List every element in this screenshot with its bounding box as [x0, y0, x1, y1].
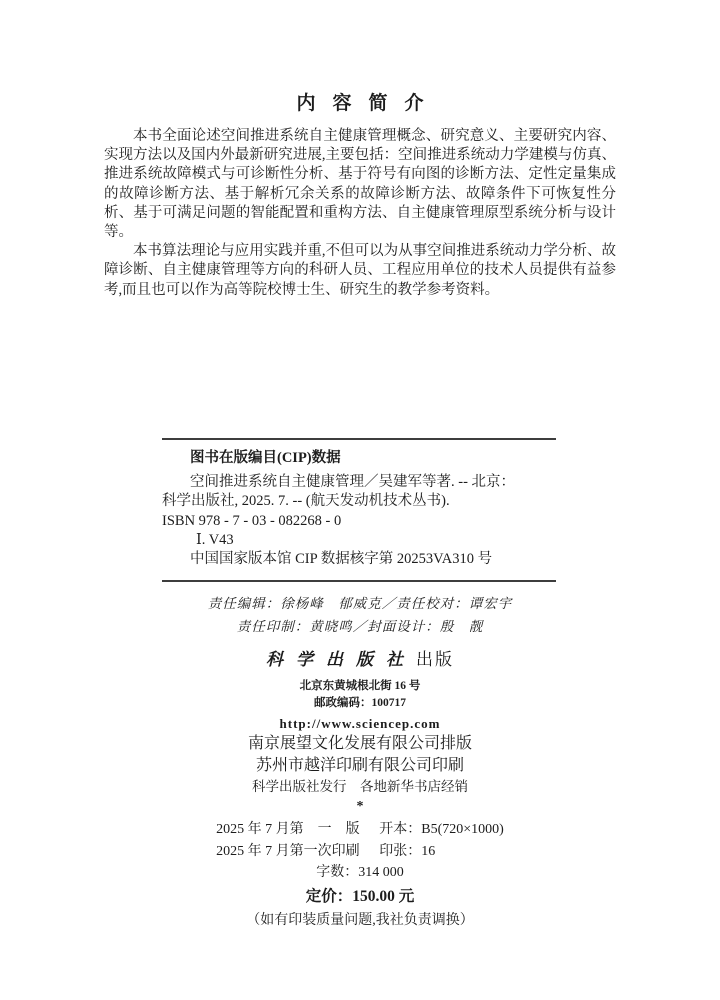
cip-isbn: ISBN 978 - 7 - 03 - 082268 - 0 [162, 512, 556, 531]
publish-label: 出版 [416, 650, 454, 669]
cip-heading: 图书在版编目(CIP)数据 [162, 449, 556, 468]
impression-text: 2025 年 7 月第一次印刷 [216, 844, 360, 859]
edition-text: 2025 年 7 月第 一 版 [216, 822, 360, 837]
colophon: 科学出版社出版 北京东黄城根北街 16 号 邮政编码：100717 http:/… [0, 648, 720, 931]
copyright-page: 内容简介 本书全面论述空间推进系统自主健康管理概念、研究意义、主要研究内容、实现… [0, 0, 720, 1000]
asterisk-divider: * [0, 799, 720, 815]
cip-title-line: 空间推进系统自主健康管理／吴建军等著. -- 北京： [162, 473, 556, 492]
impression-sheets-line: 2025 年 7 月第一次印刷印张：16 [216, 841, 504, 863]
quality-note: （如有印装质量问题,我社负责调换） [0, 911, 720, 931]
summary-paragraph: 本书算法理论与应用实践并重,不但可以为从事空间推进系统动力学分析、故障诊断、自主… [104, 242, 616, 300]
print-spec-block: 2025 年 7 月第 一 版开本：B5(720×1000) 2025 年 7 … [216, 819, 504, 863]
publisher-address: 北京东黄城根北街 16 号 [0, 678, 720, 695]
publisher-line: 科学出版社出版 [0, 648, 720, 672]
publisher-url: http://www.sciencep.com [0, 715, 720, 733]
staff-credits: 责任编辑：徐杨峰 郁威克／责任校对：谭宏宇 责任印制：黄晓鸣／封面设计：殷 靓 [0, 592, 720, 638]
content-summary: 本书全面论述空间推进系统自主健康管理概念、研究意义、主要研究内容、实现方法以及国… [104, 127, 616, 300]
sheets-text: 印张：16 [379, 844, 435, 859]
printer-line: 苏州市越洋印刷有限公司印刷 [0, 755, 720, 777]
word-count: 字数：314 000 [0, 863, 720, 883]
summary-paragraph: 本书全面论述空间推进系统自主健康管理概念、研究意义、主要研究内容、实现方法以及国… [104, 127, 616, 242]
publisher-logotype: 科学出版社 [266, 650, 416, 669]
distribution-line: 科学出版社发行 各地新华书店经销 [0, 777, 720, 796]
cip-class-code: Ⅰ. V43 [162, 531, 556, 550]
content-summary-heading: 内容简介 [0, 88, 720, 115]
cip-record-number: 中国国家版本馆 CIP 数据核字第 20253VA310 号 [162, 550, 556, 569]
format-text: 开本：B5(720×1000) [379, 822, 504, 837]
print-design-credit-line: 责任印制：黄晓鸣／封面设计：殷 靓 [0, 615, 720, 638]
publisher-postcode: 邮政编码：100717 [0, 695, 720, 712]
editor-credit-line: 责任编辑：徐杨峰 郁威克／责任校对：谭宏宇 [0, 592, 720, 615]
typesetter-line: 南京展望文化发展有限公司排版 [0, 733, 720, 755]
edition-format-line: 2025 年 7 月第 一 版开本：B5(720×1000) [216, 819, 504, 841]
cip-data-block: 图书在版编目(CIP)数据 空间推进系统自主健康管理／吴建军等著. -- 北京：… [162, 438, 556, 582]
price: 定价：150.00 元 [0, 886, 720, 907]
cip-publisher-line: 科学出版社, 2025. 7. -- (航天发动机技术丛书). [162, 492, 556, 511]
